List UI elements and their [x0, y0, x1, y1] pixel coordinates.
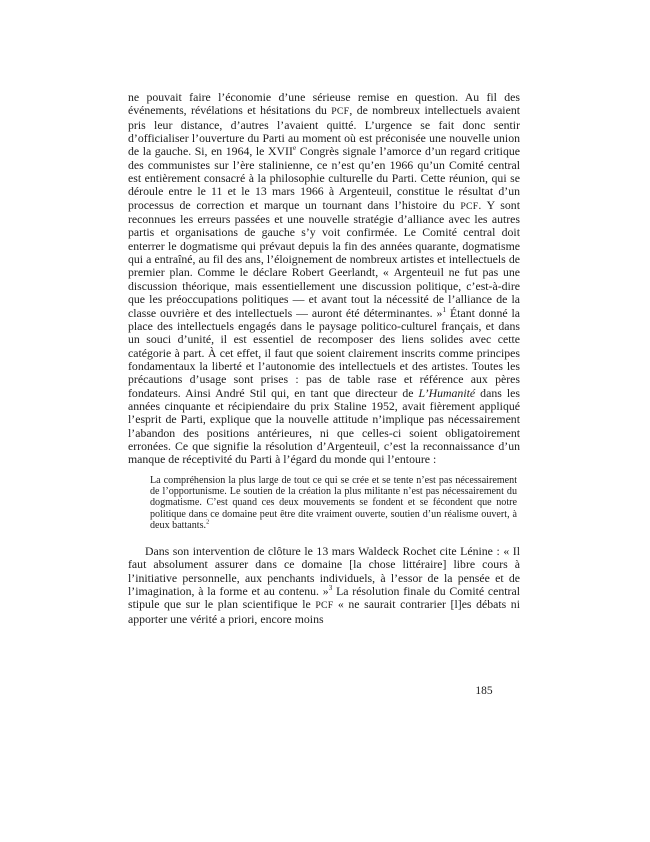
body-paragraph-segment: L’Humanité [419, 386, 476, 400]
closing-paragraph-segment: PCF [315, 600, 333, 611]
closing-paragraph: Dans son intervention de clôture le 13 m… [128, 545, 520, 626]
body-paragraph-segment: PCF [331, 106, 349, 117]
body-paragraph-segment: PCF [460, 201, 478, 212]
body-paragraph-segment: . Y sont reconnues les erreurs passées e… [128, 198, 520, 320]
block-quote-segment: 2 [206, 518, 209, 525]
body-paragraph: ne pouvait faire l’économie d’une sérieu… [128, 91, 520, 467]
page-number: 185 [464, 685, 504, 698]
book-page: ne pouvait faire l’économie d’une sérieu… [0, 0, 650, 842]
text-block: ne pouvait faire l’économie d’une sérieu… [128, 91, 520, 626]
block-quote: La compréhension la plus large de tout c… [150, 475, 517, 531]
